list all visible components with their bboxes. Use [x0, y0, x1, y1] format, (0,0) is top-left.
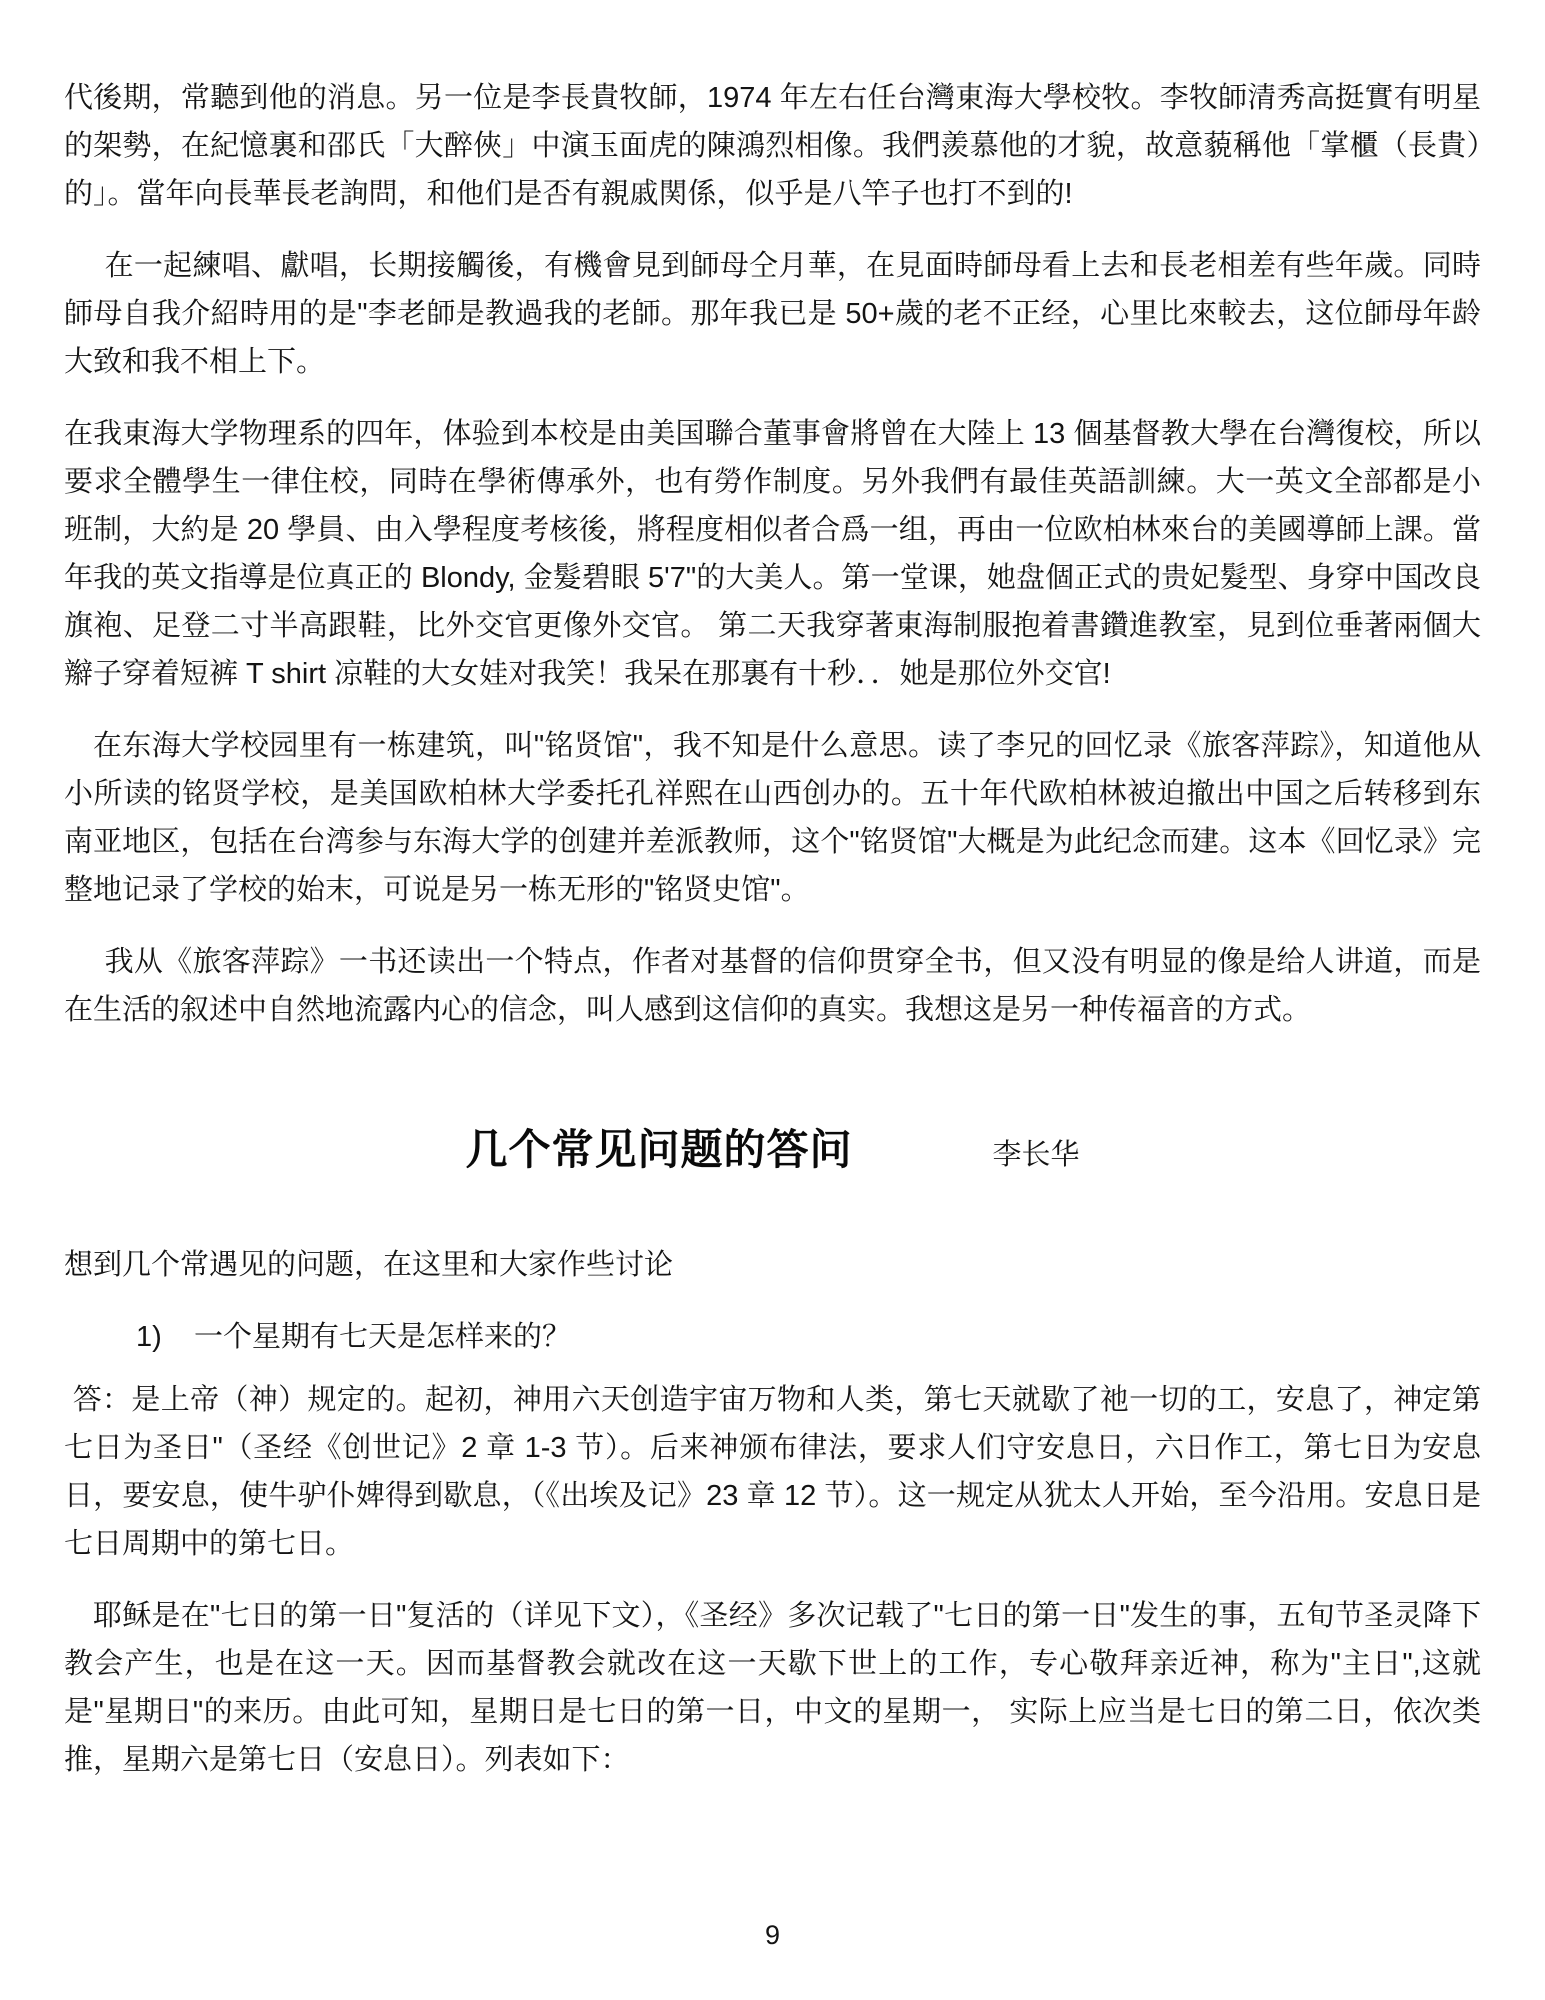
- question-number: 1): [136, 1313, 194, 1361]
- page-number: 9: [0, 1920, 1545, 1950]
- memoir-paragraph-1: 代後期，常聽到他的消息。另一位是李長貴牧師，1974 年左右任台灣東海大學校牧。…: [64, 74, 1481, 218]
- section-intro: 想到几个常遇见的问题，在这里和大家作些讨论: [64, 1241, 1481, 1289]
- document-page: 代後期，常聽到他的消息。另一位是李長貴牧師，1974 年左右任台灣東海大學校牧。…: [0, 0, 1545, 1784]
- memoir-paragraph-4: 在东海大学校园里有一栋建筑，叫"铭贤馆"，我不知是什么意思。读了李兄的回忆录《旅…: [64, 722, 1481, 914]
- question-item-1: 1) 一个星期有七天是怎样来的？: [136, 1313, 1481, 1361]
- followup-paragraph: 耶稣是在"七日的第一日"复活的（详见下文），《圣经》多次记载了"七日的第一日"发…: [64, 1592, 1481, 1784]
- section-heading-row: 几个常见问题的答问 李长华: [64, 1126, 1481, 1179]
- memoir-paragraph-2: 在一起練唱、獻唱，长期接觸後，有機會見到師母仝月華，在見面時師母看上去和長老相差…: [64, 242, 1481, 386]
- section-title: 几个常见问题的答问: [465, 1126, 852, 1174]
- answer-paragraph: 答：是上帝（神）规定的。起初，神用六天创造宇宙万物和人类，第七天就歇了祂一切的工…: [64, 1376, 1481, 1568]
- memoir-paragraph-3: 在我東海大学物理系的四年，体验到本校是由美国聯合董事會將曾在大陸上 13 個基督…: [64, 410, 1481, 698]
- question-text: 一个星期有七天是怎样来的？: [194, 1313, 1481, 1361]
- memoir-paragraph-5: 我从《旅客萍踪》一书还读出一个特点，作者对基督的信仰贯穿全书，但又没有明显的像是…: [64, 938, 1481, 1034]
- section-author: 李长华: [993, 1131, 1080, 1179]
